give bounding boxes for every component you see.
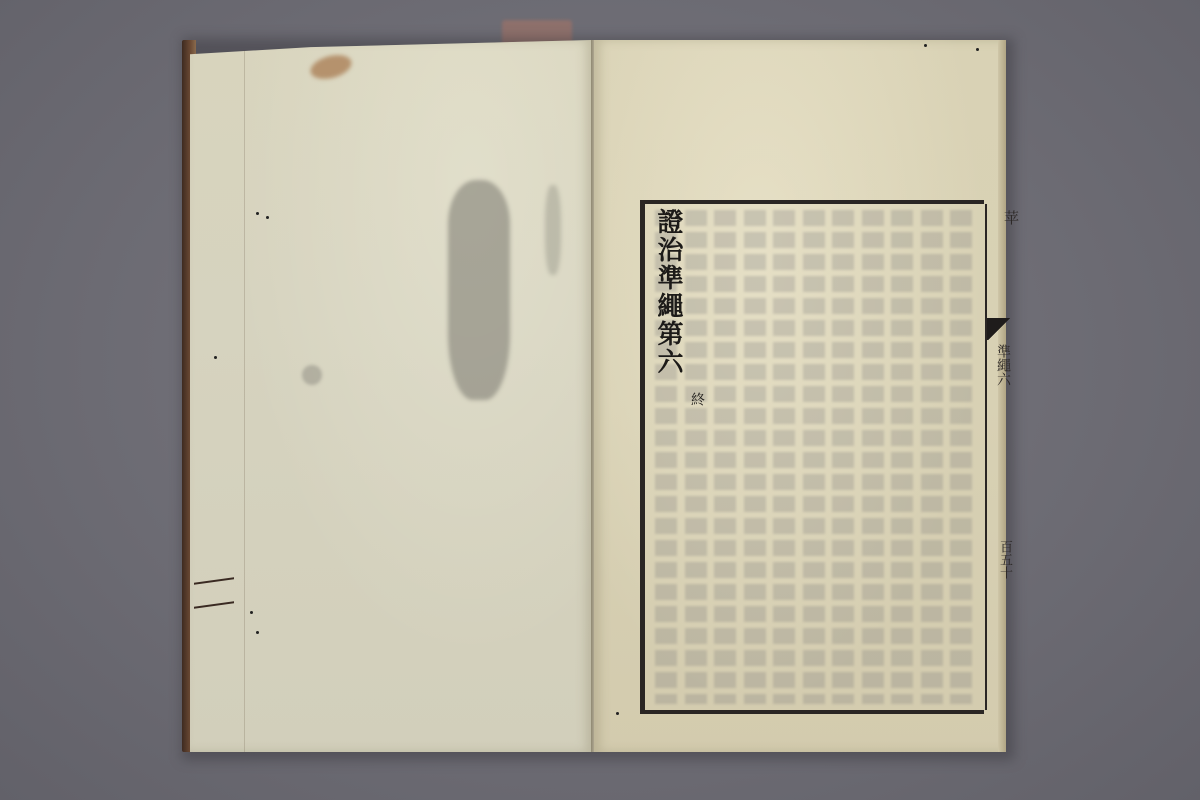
margin-header-char: 苹 (1001, 210, 1022, 225)
speck (976, 48, 979, 51)
speck (924, 44, 927, 47)
printed-block-frame: 證治準繩第六 終 苹 準繩六 百五十 (640, 200, 984, 714)
center-fold-rule (985, 204, 987, 710)
show-through-shadow (545, 185, 561, 275)
speck (214, 356, 217, 359)
speck (250, 611, 253, 614)
show-through-text-columns (655, 210, 972, 704)
margin-page-number: 百五十 (997, 540, 1011, 579)
speck (256, 212, 259, 215)
show-through-spot (302, 365, 322, 385)
end-mark: 終 (687, 392, 707, 406)
volume-title: 證治準繩第六 (653, 208, 683, 376)
speck (266, 216, 269, 219)
left-page (190, 40, 592, 752)
speck (616, 712, 619, 715)
stain-mark (308, 51, 354, 83)
left-page-flap-fold (198, 40, 245, 752)
right-page: 證治準繩第六 終 苹 準繩六 百五十 (594, 40, 1006, 752)
speck (256, 631, 259, 634)
show-through-shadow (448, 180, 510, 400)
margin-volume-label: 準繩六 (995, 344, 1010, 386)
fish-tail-mark-icon (987, 318, 1011, 340)
page-edge (998, 40, 1006, 752)
